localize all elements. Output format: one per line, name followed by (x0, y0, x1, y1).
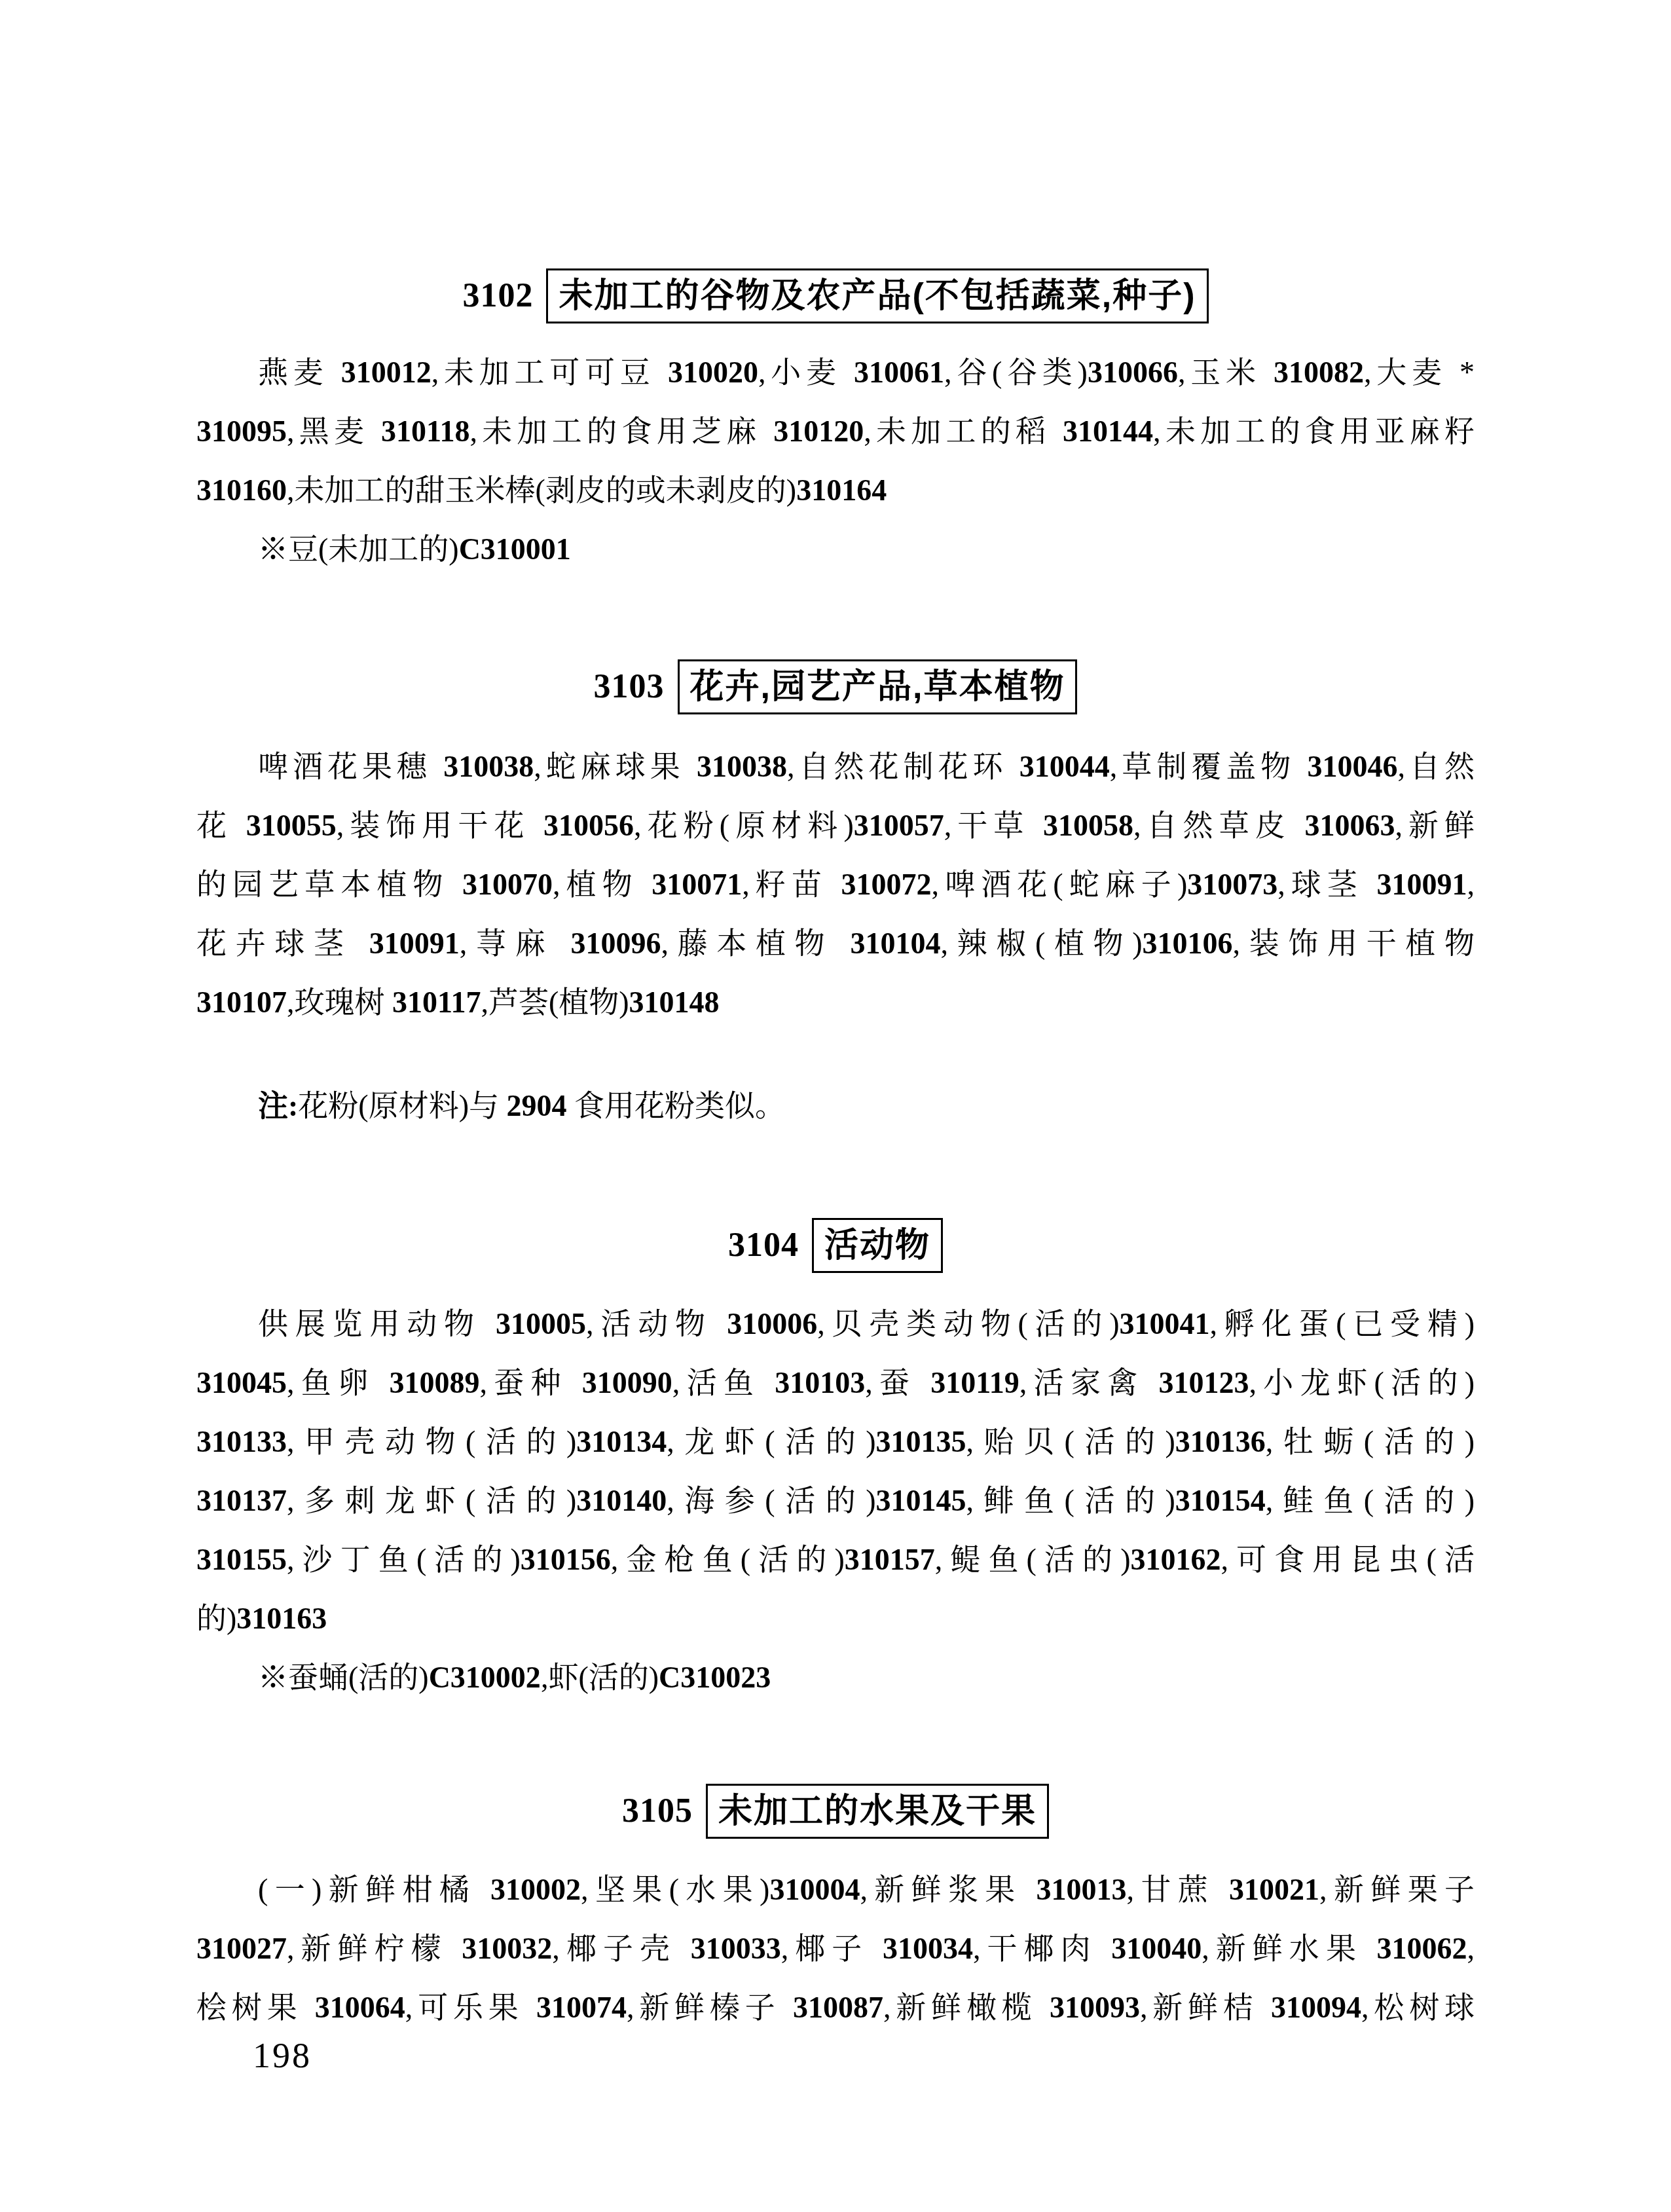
document-page: 3102未加工的谷物及农产品(不包括蔬菜,种子) 燕麦 310012,未加工可可… (0, 0, 1671, 2212)
section-heading: 3103花卉,园艺产品,草本植物 (196, 659, 1475, 714)
heading-title-box: 花卉,园艺产品,草本植物 (678, 659, 1078, 714)
paragraph: 啤酒花果穗 310038,蛇麻球果 310038,自然花制花环 310044,草… (196, 737, 1475, 1032)
note-label: 注: (258, 1089, 298, 1122)
reference-paragraph: ※蚕蛹(活的)C310002,虾(活的)C310023 (196, 1648, 1475, 1707)
note-line: 注:花粉(原材料)与 2904 食用花粉类似。 (196, 1077, 1475, 1135)
text-line: 的园艺草本植物 310070,植物 310071,籽苗 310072,啤酒花(蛇… (196, 855, 1475, 914)
text-line: (一)新鲜柑橘 310002,坚果(水果)310004,新鲜浆果 310013,… (196, 1860, 1475, 1919)
text-line: 花卉球茎 310091,荨麻 310096,藤本植物 310104,辣椒(植物)… (196, 914, 1475, 973)
heading-code: 3104 (728, 1218, 799, 1273)
reference-mark-line: ※豆(未加工的)C310001 (196, 520, 1475, 579)
text-line: 供展览用动物 310005,活动物 310006,贝壳类动物(活的)310041… (196, 1295, 1475, 1354)
text-line: 310133,甲壳动物(活的)310134,龙虾(活的)310135,贻贝(活的… (196, 1412, 1475, 1471)
text-line: 桧树果 310064,可乐果 310074,新鲜榛子 310087,新鲜橄榄 3… (196, 1978, 1475, 2037)
text-line: 的)310163 (196, 1589, 1475, 1648)
heading-title-box: 活动物 (812, 1218, 943, 1273)
text-line: 310095,黑麦 310118,未加工的食用芝麻 310120,未加工的稻 3… (196, 402, 1475, 461)
section-heading: 3105未加工的水果及干果 (196, 1784, 1475, 1839)
paragraph: 供展览用动物 310005,活动物 310006,贝壳类动物(活的)310041… (196, 1295, 1475, 1648)
note-text: 花粉(原材料)与 2904 食用花粉类似。 (298, 1089, 785, 1122)
text-line: 310155,沙丁鱼(活的)310156,金枪鱼(活的)310157,鳀鱼(活的… (196, 1530, 1475, 1589)
section-3105: 3105未加工的水果及干果 (一)新鲜柑橘 310002,坚果(水果)31000… (196, 1784, 1475, 2037)
text-line: 燕麦 310012,未加工可可豆 310020,小麦 310061,谷(谷类)3… (196, 343, 1475, 402)
text-line: 310045,鱼卵 310089,蚕种 310090,活鱼 310103,蚕 3… (196, 1354, 1475, 1412)
heading-code: 3105 (622, 1784, 693, 1839)
heading-title-box: 未加工的谷物及农产品(不包括蔬菜,种子) (546, 268, 1208, 323)
text-line: 花 310055,装饰用干花 310056,花粉(原材料)310057,干草 3… (196, 796, 1475, 855)
text-line: 310107,玫瑰树 310117,芦荟(植物)310148 (196, 973, 1475, 1032)
text-line: 310160,未加工的甜玉米棒(剥皮的或未剥皮的)310164 (196, 461, 1475, 520)
reference-paragraph: ※豆(未加工的)C310001 (196, 520, 1475, 579)
heading-title-box: 未加工的水果及干果 (706, 1784, 1049, 1839)
text-line: 310027,新鲜柠檬 310032,椰子壳 310033,椰子 310034,… (196, 1919, 1475, 1978)
paragraph: (一)新鲜柑橘 310002,坚果(水果)310004,新鲜浆果 310013,… (196, 1860, 1475, 2037)
text-block: 3102未加工的谷物及农产品(不包括蔬菜,种子) 燕麦 310012,未加工可可… (196, 0, 1475, 2037)
text-line: 310137,多刺龙虾(活的)310140,海参(活的)310145,鲱鱼(活的… (196, 1471, 1475, 1530)
section-3104: 3104活动物 供展览用动物 310005,活动物 310006,贝壳类动物(活… (196, 1218, 1475, 1707)
section-heading: 3104活动物 (196, 1218, 1475, 1273)
section-heading: 3102未加工的谷物及农产品(不包括蔬菜,种子) (196, 268, 1475, 323)
heading-code: 3103 (594, 659, 665, 714)
section-3102: 3102未加工的谷物及农产品(不包括蔬菜,种子) 燕麦 310012,未加工可可… (196, 268, 1475, 579)
note: 注:花粉(原材料)与 2904 食用花粉类似。 (196, 1077, 1475, 1135)
heading-code: 3102 (462, 268, 533, 323)
text-line: 啤酒花果穗 310038,蛇麻球果 310038,自然花制花环 310044,草… (196, 737, 1475, 796)
reference-mark-line: ※蚕蛹(活的)C310002,虾(活的)C310023 (196, 1648, 1475, 1707)
section-3103: 3103花卉,园艺产品,草本植物 啤酒花果穗 310038,蛇麻球果 31003… (196, 659, 1475, 1135)
paragraph: 燕麦 310012,未加工可可豆 310020,小麦 310061,谷(谷类)3… (196, 343, 1475, 520)
page-number: 198 (253, 2035, 312, 2076)
